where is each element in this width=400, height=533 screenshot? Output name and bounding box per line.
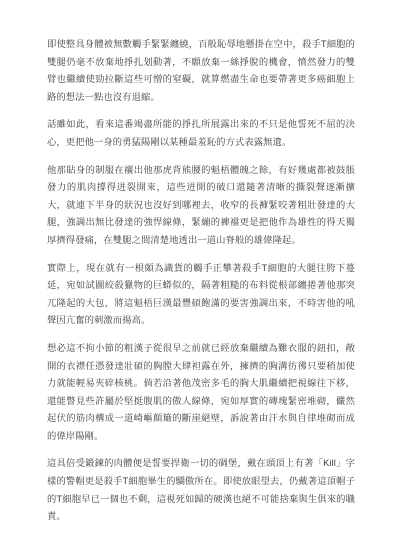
paragraph: 實際上，現在就有一根頗為識貨的觸手正攀著殺手T細胞的大腿往胯下蔓延，宛如試圖絞殺… [47, 260, 355, 330]
paragraph: 想必這不拘小節的粗漢子從很早之前就已經放棄繼續為難衣服的鈕扣，敞開的衣襟任憑發達… [47, 340, 355, 446]
paragraph: 話雖如此，看來這番竭盡所能的掙扎所展露出來的不只是他誓死不屈的決心，更把他一身的… [47, 116, 355, 151]
paragraph: 即使整具身體被無數觸手緊緊纏繞，百般恥辱地懸掛在空中，殺手T細胞的雙腿仍毫不放棄… [47, 36, 355, 106]
text-page: 即使整具身體被無數觸手緊緊纏繞，百般恥辱地懸掛在空中，殺手T細胞的雙腿仍毫不放棄… [0, 0, 400, 533]
paragraph: 他那貼身的制服在襯出他那虎背熊腰的魁梧體魄之餘，有好幾處都被鼓脹發力的肌肉撐得迸… [47, 162, 355, 250]
paragraph: 這具倍受鍛鍊的肉體便是誓要捍衛一切的碉堡，戴在頭頂上有著「Kill」字樣的警帽更… [47, 455, 355, 525]
